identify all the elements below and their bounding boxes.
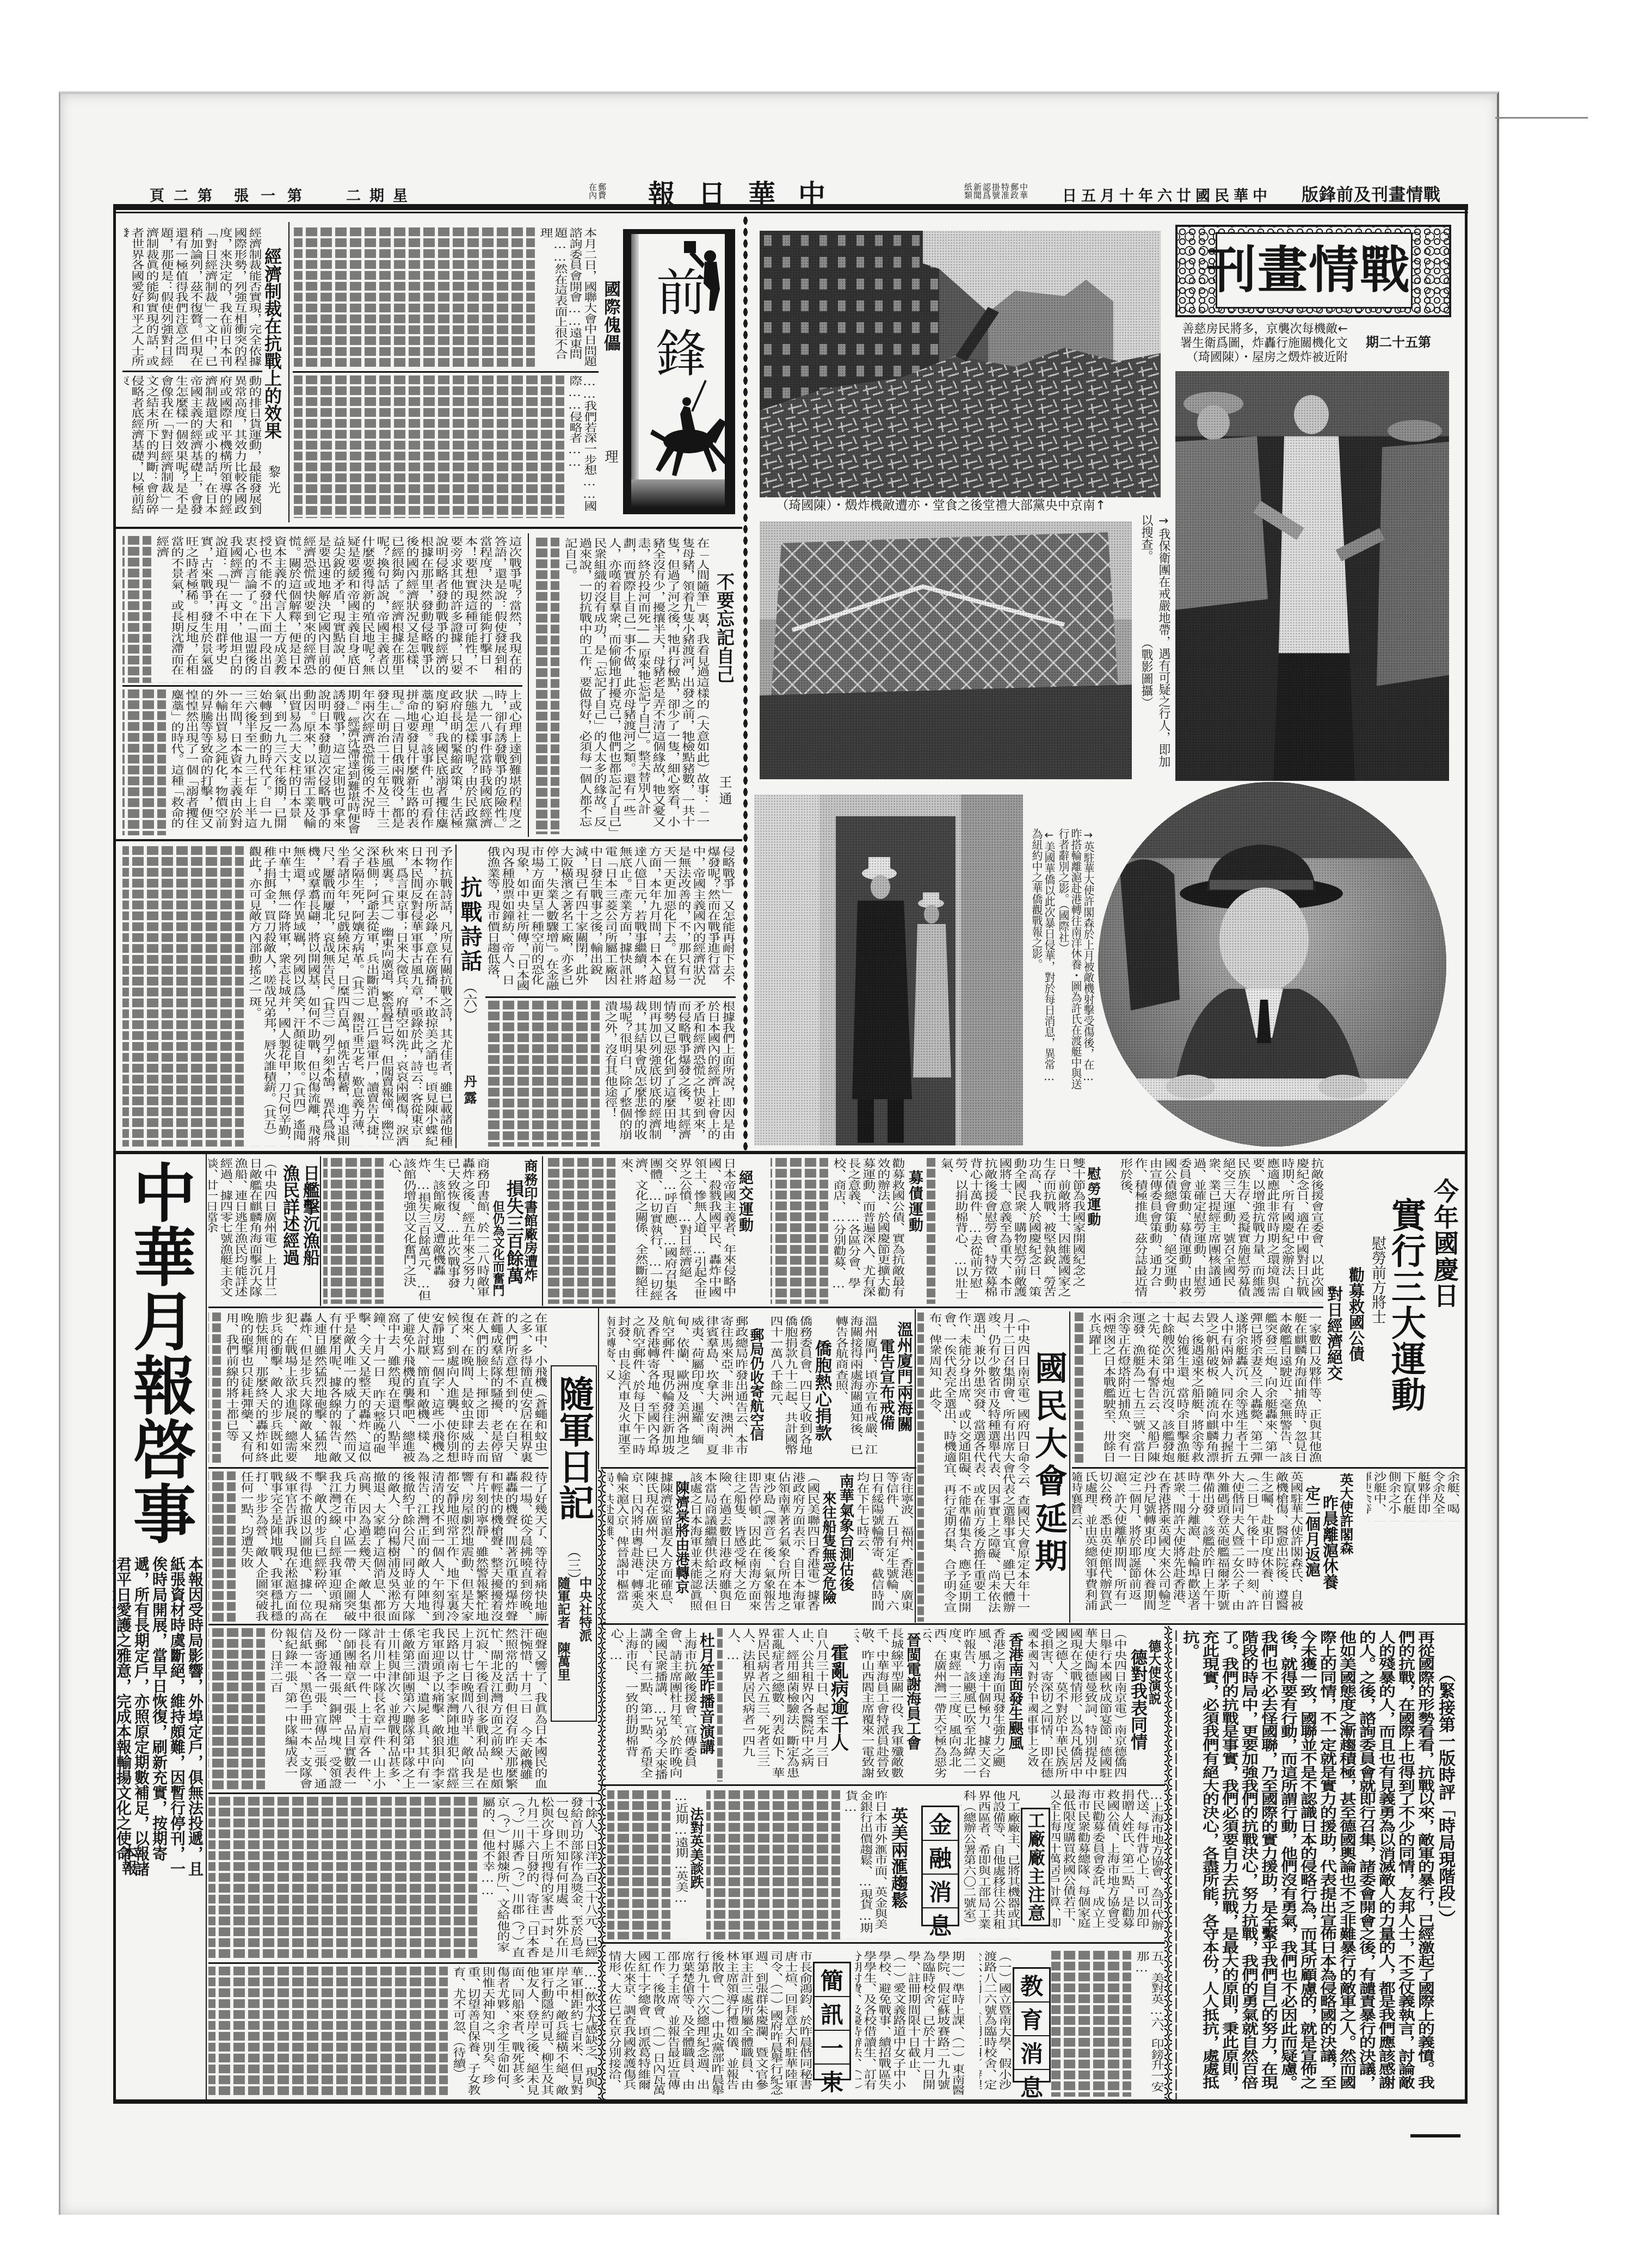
article-text: 砲聲又響了、我眞為日本國民的血汗惋惜、十月二日 今天敵機雖然照常的活動、但沒有昨… [265,1628,547,1790]
article-body: 香港之南海面現發生強力之颶風、風力達十個極力、據天文台昨報告、該颶風已吹至北緯二… [923,1628,1005,1782]
subhead-comfort-soldiers: 慰勞前方將士 [1370,1236,1385,1324]
header-notice-left: 郵費在內 [588,183,606,201]
headline-war-poetry: 抗戰詩話 [459,876,480,974]
photo-caption-ambassador-col1: →英駐華大使許閣森於上月被敵機射擊受傷後，在… [1082,828,1094,1083]
article-body: 期一）準時上課、（一）東南醫學院、假定蘇坡賽路二九九號為臨時校舍、已於十月一日開… [855,1951,964,2097]
column-divider [598,1308,599,1469]
article-body: 雙十節為我國家開國紀念之日、前敵將士、因維護國家之生存而抗戰、被堅執銳、勞苦功高… [925,1158,1085,1304]
photo-caption-houses-line3: 附近被炸燬之房屋・（陳國琦） [1185,350,1348,364]
header-thick-rule [113,204,1468,210]
box-char: 融 [923,1841,958,1875]
photo-caption-ambassador-col2: 昨搭輪離滬赴港轉往南洋休養・圖為許氏在渡艇中與送 [1069,828,1082,1089]
byline: 理 [604,449,618,463]
headline-donations: 僑胞熱心捐款 [813,1340,830,1441]
row-rule [208,1962,599,1964]
section-box-education: 教 育 消 息 [1013,1967,1051,2083]
series-number: （六） [462,979,476,1022]
article-body: 據陳濟棠留滬友人方面確息、陳氏現在廣州、已決定北來入京、日內將由粵赴港、轉乘英輪… [607,1472,673,1620]
article-body: 勸募救國公債、實為抗敵最有效的辦法、於國慶節更擴大勸募運動、而普遍深入、尤有深長… [770,1158,904,1304]
article-text: 寄往寧波、福州、香港、廣東等信件、五日有定生號輪、六日有綏陽號輪帶寄、截信時間均… [856,1472,913,1620]
article-text: 僑務委員會、四日又收到各地僑胞捐款九十二起、共計國幣四十一萬八千餘元、 [767,1316,812,1462]
column-divider [455,845,457,1148]
header-sheet-number: 第一張 [234,184,314,205]
headline-du-yuesheng: 杜月笙昨播音演講 [699,1632,714,1754]
notice-title: 中華月報啓事 [127,1160,190,1545]
article-body: 上或心理上達到難堪的程度之時，卻有誘發戰爭的危險性。」「九一八事件當時我國底經濟… [122,689,521,835]
byline: 王通 [718,775,731,808]
headline-cholera: 霍亂病逾千人 [830,1643,848,1751]
article-body: （中央四日南京電）南京德僑四日舉行本國秋成節宴節、德國駐華大使陶德曼致詞、特別提… [1028,1628,1126,1782]
column-divider [206,1154,207,2099]
scan-artifact-line [1495,117,1588,119]
row-rule [208,1467,548,1469]
article-text: …近期…遠期…英美… [670,1790,688,1939]
article-body: 予作抗戰詩話，凡所見有關抗戰之詩，其尤佳者，雖已載諸他種刊物，亦在所必錄，意在廣… [122,846,452,1147]
article-body: 寄往寧波、福州、香港、廣東等信件、五日有定生號輪、六日有綏陽號輪帶寄、截信時間均… [856,1472,913,1620]
box-char: 訊 [815,1997,849,2031]
headline-army-diary: 隨軍日記 [555,1375,591,1521]
article-body: ……我們若深一步想……國際……侵略者…… [294,375,596,518]
pictorial-masthead-title: 戰情畫刊 [1216,232,1413,309]
photo-image [1175,371,1449,781]
photo-caption-guard-col2: 以搜查。 [1139,514,1152,562]
byline-reporter: 隨軍記者 陳萬里 [556,1576,569,1681]
photo-caption-houses-line2: 文化機關施行轟炸，圖爲衛生署 [1185,336,1348,350]
article-text: 十餘人、日洋二百二十八元、已經發給首功部隊作為獎金、至於鳥毛一包、則不知有何用處… [477,1797,597,1960]
article-text: 商務印書館、於一二八時敵軍轟炸之後、經五年來之努力、已大致恢復、…此次戰事發生、… [384,1158,489,1304]
article-body: （一）國立暨南大學、假小沙渡路八二六號為臨時校舍、定於六七兩日（星期三四）辦理註… [979,1951,1011,2097]
headline-commercial-press: 商務印書館廠房遭炸 [523,1159,537,1282]
article-body: 郵政總局昨發出通告云、本市寄往馬來亞、非洲、澳洲、非律賓羣島、坎拿大、安南、夏威… [607,1316,748,1462]
article-body: 上海市抗敵後援會、宣傳委員會、請主席團杜月笙、於昨晚向全國民衆播講、…兄弟今天來… [607,1628,696,1782]
column-divider [320,1156,321,1306]
article-body: 根據我們上面所說，即因是由於日本國內的經濟上社會上的矛盾和經濟恐慌之快要到來，而… [486,1001,735,1147]
box-char: 育 [1014,2003,1049,2036]
headline-exchange-rates: 英美兩滙趨鬆 [889,1807,906,1908]
box-char: 束 [815,2065,849,2097]
row-rule [208,1624,548,1625]
subheadline-return: 定二個月返滬 [1304,1486,1320,1577]
headline-boycott-campaign: 絕交運動 [737,1170,752,1233]
article-text: 根據我們上面所說，即因是由於日本國內的經濟上社會上的矛盾和經濟恐慌之快要到來，而… [600,1001,735,1147]
editorial-continuation-title: （緊接第一版時評「時局現階段」） [1437,1665,1453,1927]
article-text: （中央四日廣州電）上月廿二日敵艦在麒麟角海面擊沉大隊漁船、連日逃生漁民均能詳述經… [208,1158,276,1304]
article-text: 日本帝國主義者、年來侵略中國、殺戮我國平民、轟炸中國領土、慘無人道、…引起全世界… [615,1158,736,1304]
article-text: 香港之南海面現發生強力之颶風、風力達十個極力、據天文台昨報告、該颶風已吹至北緯二… [923,1628,1005,1782]
row-rule [208,1307,1323,1308]
page-mark [1410,2134,1460,2137]
diary-body: 十餘人、日洋二百二十八元、已經發給首功部隊作為獎金、至於鳥毛一包、則不知有何用處… [208,1797,597,1960]
decorative-column-rule [742,215,749,1151]
box-char: 一 [815,2031,849,2065]
subheadline-losses: 損失三百餘萬 [506,1180,523,1284]
editorial-body: 再從國際的形勢看看，抗戰以來，敵軍的暴行，已經激起了國際上的義憤。我們的抗戰，在… [1175,1630,1434,2099]
qianfeng-masthead: 前 鋒 [623,229,735,514]
article-text: （中央四日南京電）南京德僑四日舉行本國秋成節宴節、德國駐華大使陶德曼致詞、特別提… [1028,1628,1126,1782]
article-text: 余艇、喝令余及全艇夥伴即下竄在艇側余之小沙艇中、揮使余等開行離去、彼等隨即將艇上… [1367,1471,1459,1521]
article-text: 動的排日貨運動，最能發展到異常高度，其效力比較各國政府或國際和平機構所領導的經濟… [124,375,261,518]
photo-image [760,521,1132,779]
headline-three-campaigns: 實行三大運動 [1388,1197,1423,1413]
headline-dont-forget-yourself: 不要忘記自己 [716,572,733,683]
article-body: 市長俞鴻鈞、於昨晨偕同秘書唐士煊、回拜意大利駐華陸軍司令、（一）國府昨晨舉行紀念… [607,1951,812,2097]
article-body: 侵略戰爭」又怎能再耐下去不爆發呢？然而在戰爭進行當中，帝國主義國內的經濟狀況是無… [486,846,735,994]
article-body: 僑務委員會、四日又收到各地僑胞捐款九十二起、共計國幣四十一萬八千餘元、 [767,1316,812,1462]
frame-bottom [113,2099,1468,2104]
byline: 丹露 [463,1075,476,1107]
headline-seamen-union: 晉閩電謝海員工會 [905,1632,920,1750]
row-rule [601,1784,1165,1786]
headline-fishing-boats: 日艦擊沉漁船 [301,1165,318,1266]
section-divider [113,1151,1468,1154]
photo-credit: （戰影圖攝） [1139,637,1152,709]
article-text: 據陳濟棠留滬友人方面確息、陳氏現在廣州、已決定北來入京、日內將由粵赴港、轉乘英輪… [607,1472,673,1620]
header-weekday: 星期二 [346,184,416,205]
box-char: 簡 [815,1963,849,1997]
headline-france-exchange: 法對英美談跌 [689,1807,703,1889]
headline-comfort-campaign: 慰勞運動 [1087,1167,1100,1228]
headline-economic-sanctions: 經濟制裁在抗戰上的效果 [263,248,281,439]
article-body: 經濟制裁能否實現，完全依據國際形勢，列強互相衝突的程度，來決定的，我在前日本刊「… [124,227,261,370]
diary-body: 在軍中、小飛機（蒼蠅和蚊虫）之多、多得簡直使安居在租界裏的人們所意想不到的、在白… [208,1313,547,1465]
headline-customs: 溫州廈門兩海關 [896,1321,912,1432]
box-char: 金 [923,1807,958,1841]
header-thin-rule [113,212,1468,213]
row-rule [115,839,742,841]
article-text: 上或心理上達到難堪的程度之時，卻有誘發戰爭的危險性。」「九一八事件當時我國底經濟… [166,689,521,835]
article-body: …近期…遠期…英美… [607,1790,688,1939]
header-edition: 戰情畫刊及前鋒版 [1302,181,1441,205]
row-rule [115,527,742,529]
headline-german-ambassador: 德大使演説 [1147,1640,1160,1705]
column-divider [542,1156,543,1306]
photo-image [754,794,1023,1145]
photo-caption-houses-line1: ←敵機每次襲京，多將民房慈善 [1185,322,1348,336]
article-text: 五、美對英…六、印鎊升一安那… [1131,1951,1163,2097]
diary-body: 砲聲又響了、我眞為日本國民的血汗惋惜、十月二日 今天敵機雖然照常的活動、但沒有昨… [208,1628,547,1790]
row-rule [601,1942,1165,1944]
article-body: 這次戰爭呢？當然，我現在的答語，還是說：假使發展到相當程度，決然的能夠打擊日本！… [122,536,521,683]
article-body: 長城線平型關一役、我軍殲敵數千、中華海員工會特派員赴晉致敬、昨山西閻主席覆來一電… [854,1628,903,1782]
decorative-wavy-rule [1164,1626,1172,2099]
article-text: 經濟制裁能否實現，完全依據國際形勢，列強互相衝突的程度，來決定的，我在前日本刊「… [124,227,261,370]
article-body: （中央四日廣州電）上月廿二日敵艦在麒麟角海面擊沉大隊漁船、連日逃生漁民均能詳述經… [208,1158,276,1304]
article-text: 溫州廈門、頃亦宣布戒嚴、江海關接得兩處海關通知後、已轉告各航商查照、 [834,1316,877,1462]
column-divider [528,533,529,837]
headline-bond-campaign: 募債運動 [907,1170,922,1233]
column-divider [288,222,289,522]
article-body: 余艇、喝令余及全艇夥伴即下竄在艇側余之小沙艇中、揮使余等開行離去、彼等隨即將艇上… [1367,1471,1459,1521]
article-text: 待了好幾天了、等待着痛快地廝殺一場、從今晨拂曉直到傍晚、轟轟的機聲、間著沉重的爆… [236,1471,547,1622]
photo-image [760,231,1161,497]
article-body: 自八月三十日、起至本月三日止、公共租界內各醫院中之病人、經用細菌檢驗法、斷定為患… [717,1628,828,1782]
article-text: 期一）準時上課、（一）東南醫學院、假定蘇坡賽路二九九號為臨時校舍、已於十月一日開… [855,1951,964,2097]
column-rule [293,371,599,373]
qianfeng-char-2: 鋒 [640,329,722,379]
section-box-finance: 金 融 消 息 [921,1806,959,1926]
article-body: 英國駐華大使許閣森氏、自被敵機槍傷、醫愈出院後、遵醫生之囑、赴東印度休養、前日（… [1072,1471,1303,1621]
article-text: 雙十節為我國家開國紀念之日、前敵將士、因維護國家之生存而抗戰、被堅執銳、勞苦功高… [935,1158,1085,1304]
photo-guard-search [1175,371,1449,781]
article-text: 勸募救國公債、實為抗敵最有效的辦法、於國慶節更擴大勸募運動、而普遍深入、尤有深長… [828,1158,904,1304]
article-text: （一）國立暨南大學、假小沙渡路八二六號為臨時校舍、定於六七兩日（星期三四）辦理註… [979,1951,1011,2097]
box-char: 消 [923,1875,958,1908]
article-text: 昨日本市外滙市面、英金與美金銀行出價趨鬆、…現貨…期貨… [840,1790,887,1939]
qianfeng-char-1: 前 [640,268,722,318]
article-body: 動的排日貨運動，最能發展到異常高度，其效力比較各國政府或國際和平機構所領導的經濟… [124,375,261,518]
row-rule [1072,1467,1465,1469]
headline-typhoon: 香港南面發生颶風 [1007,1632,1022,1750]
row-rule [208,1792,599,1794]
byline: 黎光 [267,465,279,497]
header-postal-notice: 中華郵政特准掛號認爲新聞紙類 [963,183,1028,201]
article-body: 在「人間隨筆」裏，我看見過這樣的（大意如此）故事：「一隻母豬，領着九隻小豬渡河，… [533,538,709,834]
article-body: 日本帝國主義者、年來侵略中國、殺戮我國平民、轟炸中國領土、慘無人道、…引起全世界… [546,1158,736,1304]
photo-bombed-buildings [760,231,1161,497]
article-body: 本月二日，國聯大會中日問題諮詢委員會開會……遠東問題……然在這表面上很不合理 [294,227,596,369]
headline-british-ambassador: 英大使許閣森 [1339,1473,1353,1555]
article-text: ……飲水尤感缺乏、現與華軍相距約七百米、但見對岸之中、敵兵縱橫不絕、敵軍行動隱約… [448,1967,597,2097]
article-text: 這次戰爭呢？當然，我現在的答語，還是說：假使發展到相當程度，決然的能夠打擊日本！… [151,536,521,683]
photo-image [1098,782,1446,1147]
subhead-economic-boycott: 對日經濟絕交 [1326,1286,1342,1381]
article-text: 凡工廠廠主、已將其機器或其他設備等、自他處移往公共租界西區者、希即與工部局工業科… [961,1790,1020,1939]
article-text: 長城線平型關一役、我軍殲敵數千、中華海員工會特派員赴晉致敬、昨山西閻主席覆來一電… [854,1628,903,1782]
subheadline-fishermen-account: 漁民詳述經過 [281,1165,298,1266]
diary-title-box: 隨軍日記 （三） 中央社特派 隨軍記者 陳萬里 [551,1365,597,1722]
article-text: 自八月三十日、起至本月三日止、公共租界內各醫院中之病人、經用細菌檢驗法、斷定為患… [723,1628,828,1782]
subhead-bond-drive: 勸募救國公債 [1348,1267,1364,1361]
photo-caption-ambassador-col3: 行者辭別之影。（國際社） [1057,828,1069,953]
photo-caption-overseas-col2: 為紐約中之華僑觀戰報之影。 [1030,828,1043,970]
headline-international-puppet: 國際傀儡 [602,280,619,352]
headline-assembly-postponed: 國民大會延期 [1032,1351,1065,1576]
notice-body: 本報因受時局影響，外埠定戶，俱無法投遞，且紙張資材時虞斷絕，維持頗難，因暫行停刊… [113,1556,204,1877]
article-body: 溫州廈門、頃亦宣布戒嚴、江海關接得兩處海關通知後、已轉告各航商查照、 [834,1316,877,1462]
box-char: 息 [923,1908,958,1941]
article-body: 抗敵後援會宣委會、以此次國慶紀念日、適在中國對日抗戰時期、所有國慶紀念辦法、自應… [1117,1158,1323,1303]
photo-collapsed-hall [760,521,1132,779]
column-rule [122,685,522,687]
row-rule [601,1467,916,1469]
box-char: 息 [1014,2070,1049,2103]
frame-right [1465,210,1468,2104]
article-text: …上海市地方協會、為可代辦代送、每件背心上、可以加印捐贈人姓氏、第二點、是勸募救… [1051,1789,1163,1937]
diary-body: ……飲水尤感缺乏、現與華軍相距約七百米、但見對岸之中、敵兵縱橫不絕、敵軍行動隱約… [208,1967,597,2097]
kicker-national-day: 今年國慶日 [1432,1178,1457,1309]
article-text: 一家數口及夥伴等、正與其他漁艇在麒麟角海面捕魚時、忽見日本敵艦自遠駛近、毫無警告… [1083,1313,1321,1465]
article-text: 英國駐華大使許閣森氏、自被敵機槍傷、醫愈出院後、遵醫生之囑、赴東印度休養、前日（… [1072,1471,1303,1621]
box-char: 消 [1014,2036,1049,2070]
article-body: （國民美聯四日香港電）據香港政府方面表示、自日本海軍佔領南華著名氣象台所在地之東… [691,1472,819,1620]
photo-caption-hall: ↑南京中央黨部大禮堂後之食堂・亦遭敵機炸燬・（陳國琦） [782,498,1106,513]
editorial-text: 再從國際的形勢看看，抗戰以來，敵軍的暴行，已經激起了國際上的義憤。我們的抗戰，在… [1177,1630,1434,2099]
photo-caption-overseas-col1: ←美國華僑以此次暴日侵華，對於每日消息，異常… [1043,828,1055,1083]
subheadline-ships-danger: 來往船隻無受危險 [821,1491,835,1604]
photo-caption-guard-col1: →我保衛團在戒嚴地帶，遇有可疑之行人，即加 [1157,514,1170,767]
article-body: …上海市地方協會、為可代辦代送、每件背心上、可以加印捐贈人姓氏、第二點、是勸募救… [1051,1789,1163,1937]
article-text: 侵略戰爭」又怎能再耐下去不爆發呢？然而在戰爭進行當中，帝國主義國內的經濟狀況是無… [486,846,735,994]
headline-observatory: 南華氣象台測估後 [838,1474,853,1591]
column-divider [915,1309,916,1623]
article-text: 上海市抗敵後援會、宣傳委員會、請主席團杜月笙、於昨晚向全國民衆播講、…兄弟今天來… [607,1628,696,1782]
photo-ambassador-portrait [1098,782,1446,1147]
subheadline-culture: 但仍為文化而奮鬥 [491,1200,503,1296]
article-body: 凡工廠廠主、已將其機器或其他設備等、自他處移往公共租界西區者、希即與工部局工業科… [961,1790,1020,1939]
diary-body: 待了好幾天了、等待着痛快地廝殺一場、從今晨拂曉直到傍晚、轟轟的機聲、間著沉重的爆… [208,1471,547,1622]
column-rule [122,371,262,372]
headline-chen-jitang: 陳濟棠將由港轉京 [674,1481,688,1594]
article-text: 市長俞鴻鈞、於昨晨偕同秘書唐士煊、回拜意大利駐華陸軍司令、（一）國府昨晨舉行紀念… [607,1951,812,2097]
article-text: 郵政總局昨發出通告云、本市寄往馬來亞、非洲、澳洲、非律賓羣島、坎拿大、安南、夏威… [607,1316,748,1462]
subheadline-germany-sympathy: 德對我表同情 [1129,1649,1145,1750]
subheadline-left-shanghai: 昨晨離滬休養 [1322,1495,1337,1590]
section-box-briefs: 簡 訊 一 束 [813,1962,851,2080]
header-date: 中華民國廿六年十月五日 [1062,184,1272,205]
article-text: 予作抗戰詩話，凡所見有關抗戰之詩，其尤佳者，雖已載諸他種刊物，亦在所必錄，意在廣… [244,846,452,1147]
article-body: 五、美對英…六、印鎊升一安那… [1051,1951,1163,2097]
pictorial-masthead: 戰情畫刊 [1175,225,1451,317]
byline-agency: 中央社特派 [578,1576,591,1642]
article-text: ……我們若深一步想……國際……侵略者…… [564,375,596,518]
box-char: 教 [1014,1969,1049,2003]
article-body: 一家數口及夥伴等、正與其他漁艇在麒麟角海面捕魚時、忽見日本敵艦自遠駛近、毫無警告… [1072,1313,1321,1465]
row-rule [601,1623,1465,1625]
article-text: 本月二日，國聯大會中日問題諮詢委員會開會……遠東問題……然在這表面上很不合理 [535,227,596,369]
issue-number: 第五十二期 [1367,335,1431,349]
header-page-number: 第二頁 [150,184,221,205]
article-body: 昨日本市外滙市面、英金與美金銀行出價趨鬆、…現貨…期貨… [706,1790,887,1939]
notice-signature: 本報 [121,1845,136,1875]
column-rule [485,996,736,998]
photo-overseas-chinese [754,794,1023,1145]
article-body: 商務印書館、於一二八時敵軍轟炸之後、經五年來之努力、已大致恢復、…此次戰事發生、… [323,1158,489,1304]
article-text: 在「人間隨筆」裏，我看見過這樣的（大意如此）故事：「一隻母豬，領着九隻小豬渡河，… [559,538,709,834]
subheadline-customs: 電告宣布戒備 [879,1339,894,1430]
headline-airmail: 郵局仍收寄航空信 [749,1328,763,1441]
article-text: 在軍中、小飛機（蒼蠅和蚊虫）之多、多得簡直使安居在租界裏的人們所意想不到的、在白… [221,1313,547,1465]
column-divider [1069,1311,1070,1623]
article-body: （中央四日南京電）國府四日命令云、查國民大會原定本年十一月十二日召集開會、所有出… [917,1313,1030,1622]
factory-notice-title: 工廠廠主注意 [1027,1812,1044,1923]
article-text: （中央四日南京電）國府四日命令云、查國民大會原定本年十一月十二日召集開會、所有出… [924,1313,1030,1622]
article-text: （國民美聯四日香港電）據香港政府方面表示、自日本海軍佔領南華著名氣象台所在地之東… [691,1472,819,1620]
section-box-factory: 工廠廠主注意 [1021,1808,1050,1926]
article-text: 抗敵後援會宣委會、以此次國慶紀念日、適在中國對日抗戰時期、所有國慶紀念辦法、自應… [1117,1158,1323,1303]
